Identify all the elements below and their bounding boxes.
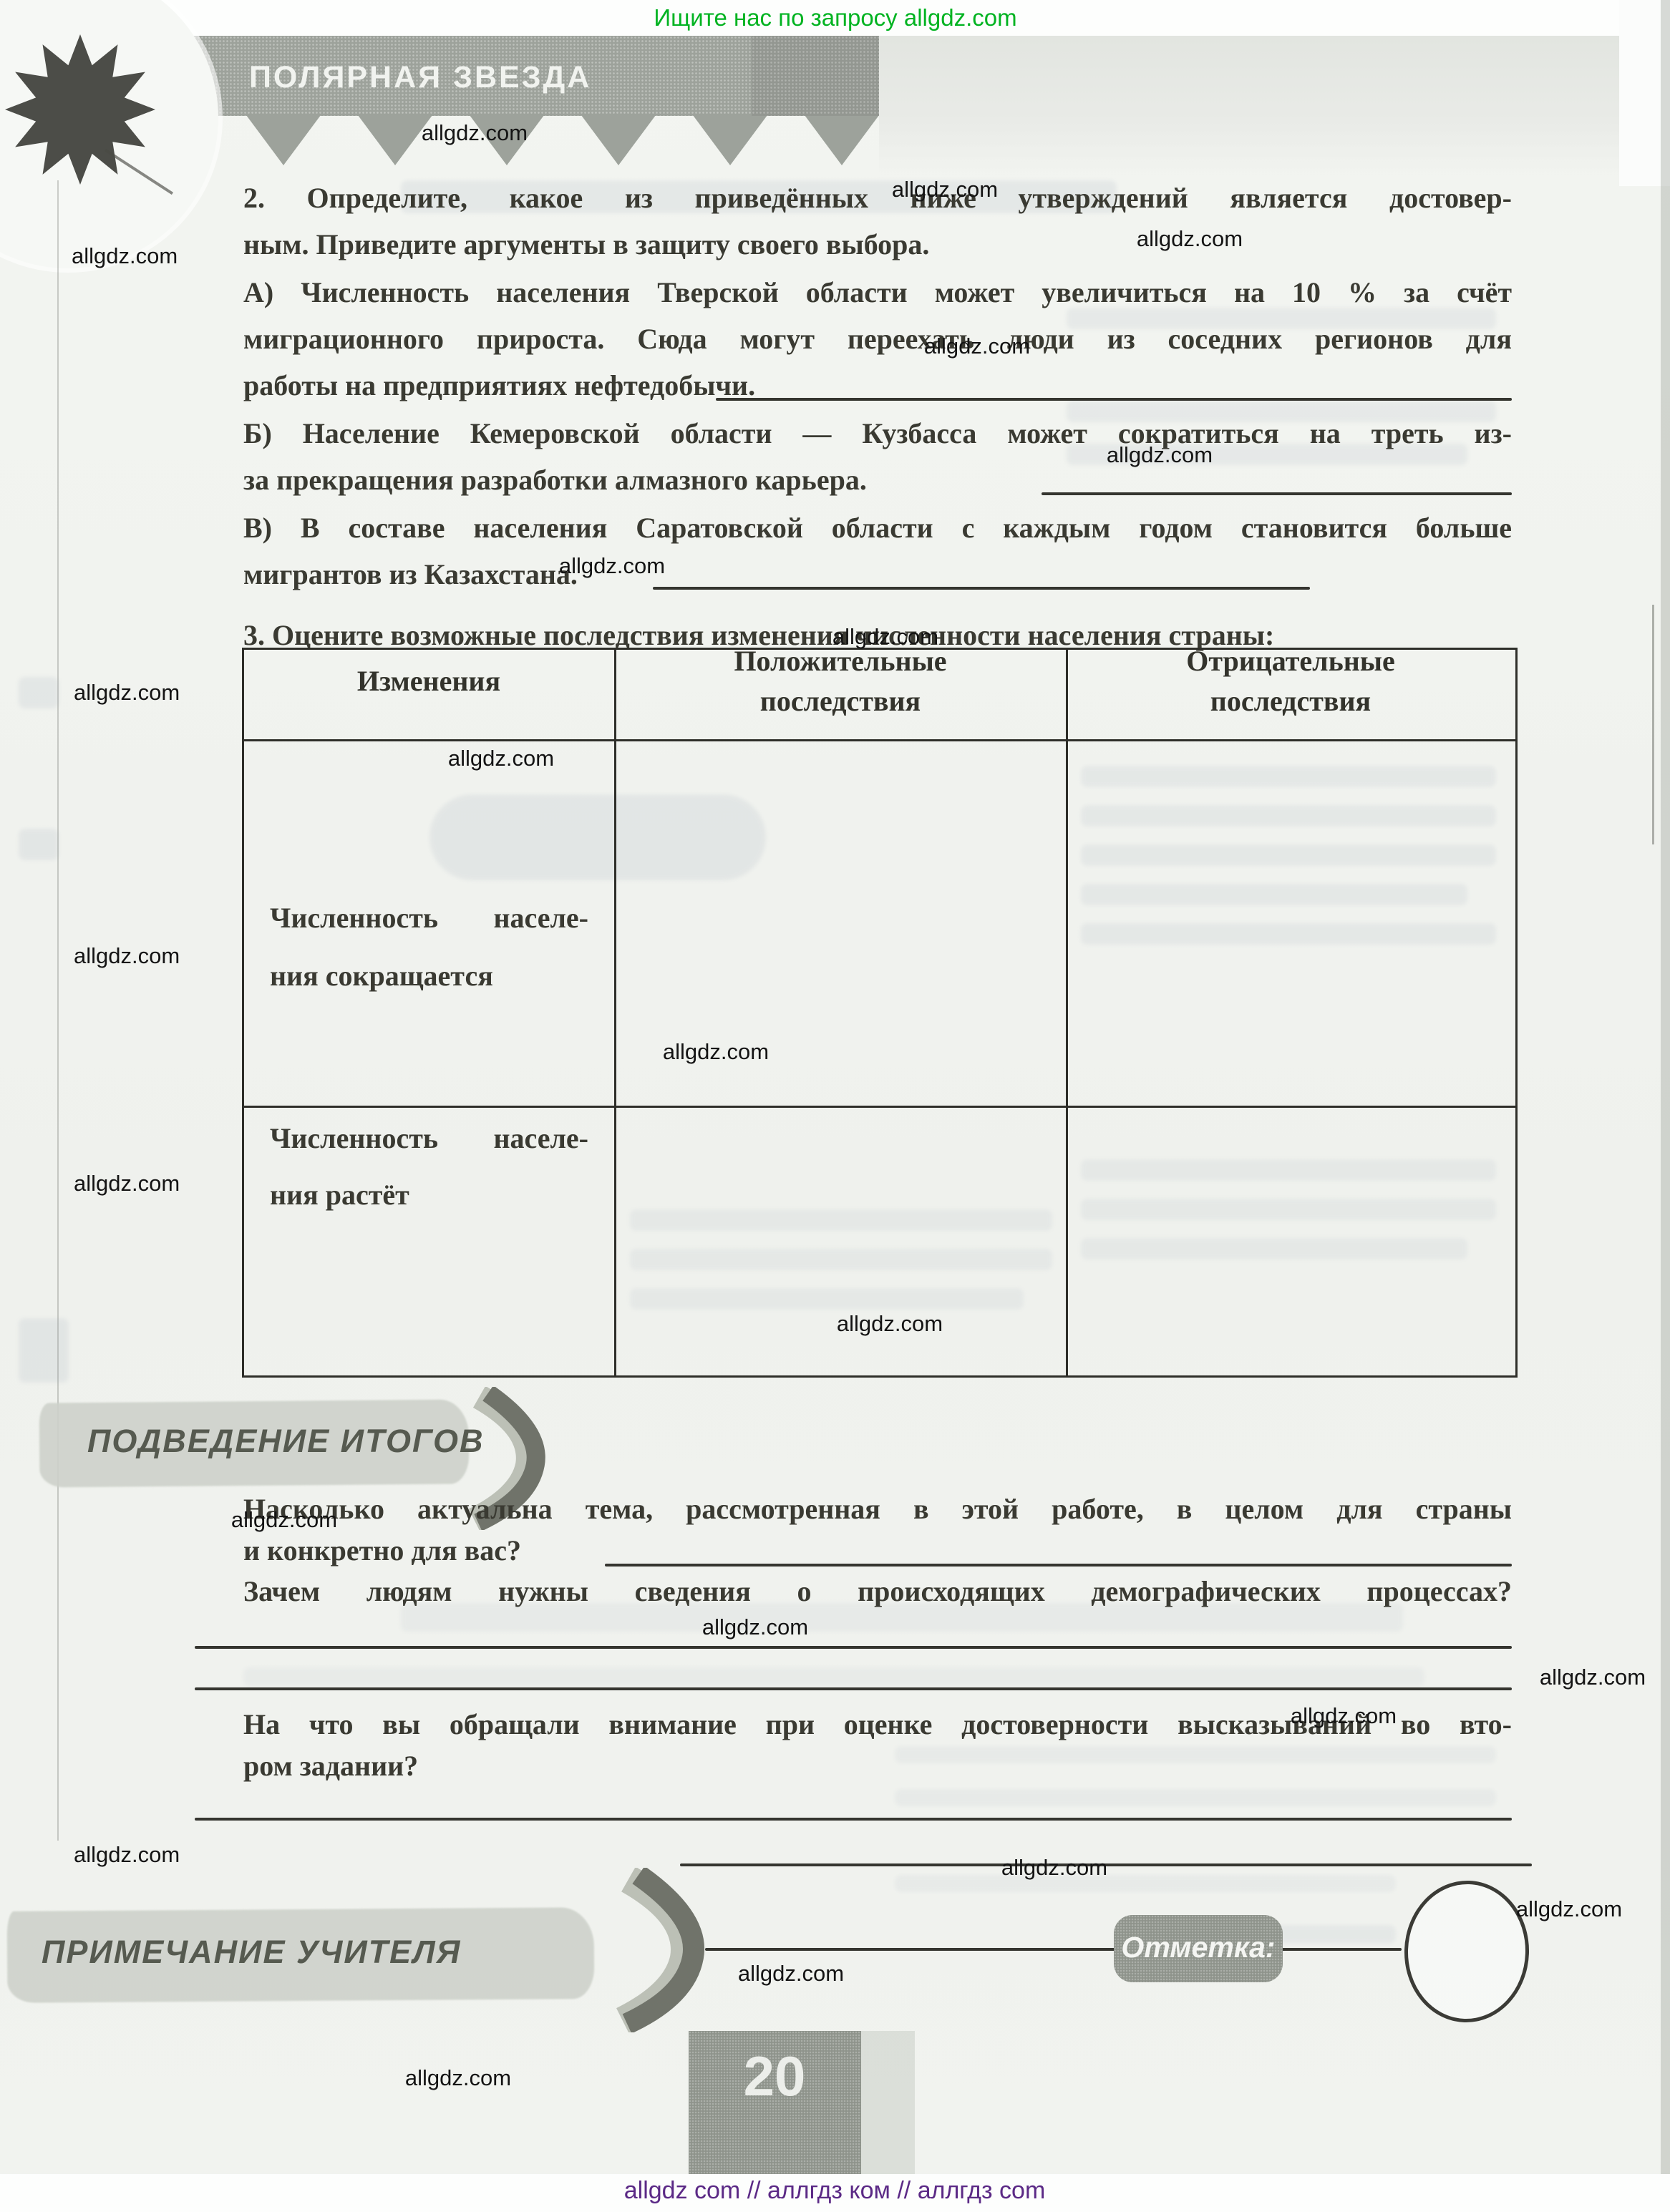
row1-label-line2: ния сокращается (270, 959, 493, 993)
task2-line: мигрантов из Казахстана. (243, 557, 1512, 591)
ghost-bleed (895, 1789, 1496, 1806)
page-number: 20 (744, 2044, 806, 2109)
summary-q3-line2: ром задании? (243, 1749, 1512, 1783)
ghost-bleed (1267, 1925, 1396, 1944)
ghost-bleed (1081, 805, 1496, 827)
table-col-divider-1 (614, 648, 616, 1378)
ghost-bleed (19, 677, 59, 708)
answer-line-b (1042, 492, 1512, 495)
row2-label-line2: ния растёт (270, 1178, 409, 1212)
task2-line: ным. Приведите аргументы в защиту своего… (243, 228, 1512, 261)
ghost-bleed (19, 829, 59, 860)
mark-line (705, 1948, 1402, 1951)
task2-line: миграционного прироста. Сюда могут перее… (243, 322, 1512, 356)
watermark: allgdz.com (832, 624, 938, 650)
table-header-negative: Отрицательные (1186, 644, 1395, 678)
watermark: allgdz.com (405, 2065, 511, 2091)
left-gutter-line (57, 180, 59, 1841)
promo-header-note: Ищите нас по запросу allgdz.com (654, 4, 1016, 31)
summary-q2: Зачем людям нужны сведения о происходящи… (243, 1574, 1512, 1608)
ghost-bleed (895, 1875, 1396, 1892)
watermark: allgdz.com (924, 333, 1030, 359)
ghost-bleed (19, 1318, 69, 1383)
watermark: allgdz.com (74, 1171, 180, 1197)
ghost-bleed (243, 1667, 1424, 1686)
watermark: allgdz.com (1291, 1703, 1397, 1729)
watermark: allgdz.com (74, 1842, 180, 1868)
watermark: allgdz.com (422, 120, 528, 146)
summary-q1-line1: Насколько актуальна тема, рассмотренная … (243, 1492, 1512, 1526)
watermark: allgdz.com (448, 746, 554, 771)
top-right-scan-tint (879, 36, 1619, 179)
summary-q1-line2: и конкретно для вас? (243, 1534, 1512, 1567)
answer-line-q1 (605, 1564, 1512, 1567)
right-page-edge (1661, 0, 1670, 2212)
watermark: allgdz.com (74, 680, 180, 706)
ghost-bleed (1081, 1238, 1467, 1260)
answer-line-a (716, 398, 1512, 401)
table-border-left (242, 648, 244, 1378)
summary-block: Насколько актуальна тема, рассмотренная … (243, 0, 1512, 1)
task2-line: работы на предприятиях нефтедобычи. (243, 369, 1512, 402)
answer-line-full-2 (195, 1687, 1512, 1690)
teacher-banner-title: ПРИМЕЧАНИЕ УЧИТЕЛЯ (42, 1934, 461, 1971)
masthead-series-title: ПОЛЯРНАЯ ЗВЕЗДА (249, 60, 591, 95)
table-border-bottom (242, 1375, 1518, 1378)
ghost-bleed (429, 794, 766, 880)
watermark: allgdz.com (837, 1311, 943, 1337)
watermark: allgdz.com (74, 943, 180, 969)
task2-line: за прекращения разработки алмазного карь… (243, 463, 1512, 497)
ghost-bleed (1081, 844, 1496, 866)
ghost-bleed (1081, 766, 1496, 787)
row2-label-line1: Численность населе- (270, 1121, 588, 1155)
table-border-right (1515, 648, 1518, 1378)
watermark: allgdz.com (663, 1039, 769, 1065)
page-number-band (861, 2031, 915, 2174)
watermark: allgdz.com (738, 1961, 844, 1987)
answer-line-q3 (195, 1818, 1512, 1821)
table-row-divider (242, 1106, 1518, 1108)
answer-line-v (653, 587, 1310, 590)
ghost-bleed (1081, 923, 1496, 945)
ghost-bleed (1081, 1199, 1496, 1220)
star-icon (0, 27, 162, 192)
summary-banner-title: ПОДВЕДЕНИЕ ИТОГОВ (87, 1423, 484, 1460)
table-header-negative-2: последствия (1210, 684, 1371, 718)
watermark: allgdz.com (559, 553, 665, 579)
table-row: Численность населе- (270, 1121, 588, 1155)
task2-line: А) Численность населения Тверской област… (243, 276, 1512, 309)
mark-badge-label: Отметка: (1121, 1931, 1275, 1964)
answer-line-full-1 (195, 1646, 1512, 1649)
watermark: allgdz.com (1107, 442, 1213, 468)
ghost-bleed (630, 1249, 1052, 1270)
ghost-bleed (630, 1209, 1052, 1231)
table-row: Численность населе- (270, 901, 588, 935)
masthead-shade (752, 36, 879, 116)
ghost-bleed (1081, 1159, 1496, 1181)
ghost-bleed (1081, 884, 1467, 905)
watermark: allgdz.com (892, 177, 998, 203)
table-border-header (242, 739, 1518, 741)
scanned-workbook-page: Ищите нас по запросу allgdz.com ПОЛЯРНАЯ… (0, 0, 1670, 2212)
right-fold-line (1652, 605, 1654, 844)
promo-footer: allgdz com // аллгдз ком // аллгдз com (624, 2177, 1046, 2205)
watermark: allgdz.com (702, 1614, 808, 1640)
watermark: allgdz.com (1001, 1855, 1107, 1881)
watermark: allgdz.com (1516, 1896, 1622, 1922)
ghost-bleed (630, 1288, 1024, 1310)
task2-line: Б) Население Кемеровской области — Кузба… (243, 416, 1512, 450)
task2-line: 2. Определите, какое из приведённых ниже… (243, 181, 1512, 215)
teacher-swoosh-icon (565, 1868, 709, 2032)
mark-circle (1402, 1879, 1532, 2025)
table-col-divider-2 (1066, 648, 1068, 1378)
watermark: allgdz.com (72, 243, 178, 269)
task2-line: В) В составе населения Саратовской облас… (243, 511, 1512, 545)
watermark: allgdz.com (1137, 226, 1243, 252)
watermark: allgdz.com (1540, 1665, 1646, 1690)
watermark: allgdz.com (231, 1507, 337, 1533)
table-header-changes: Изменения (357, 664, 500, 698)
row1-label-line1: Численность населе- (270, 901, 588, 935)
table-header-positive-2: последствия (760, 684, 921, 718)
